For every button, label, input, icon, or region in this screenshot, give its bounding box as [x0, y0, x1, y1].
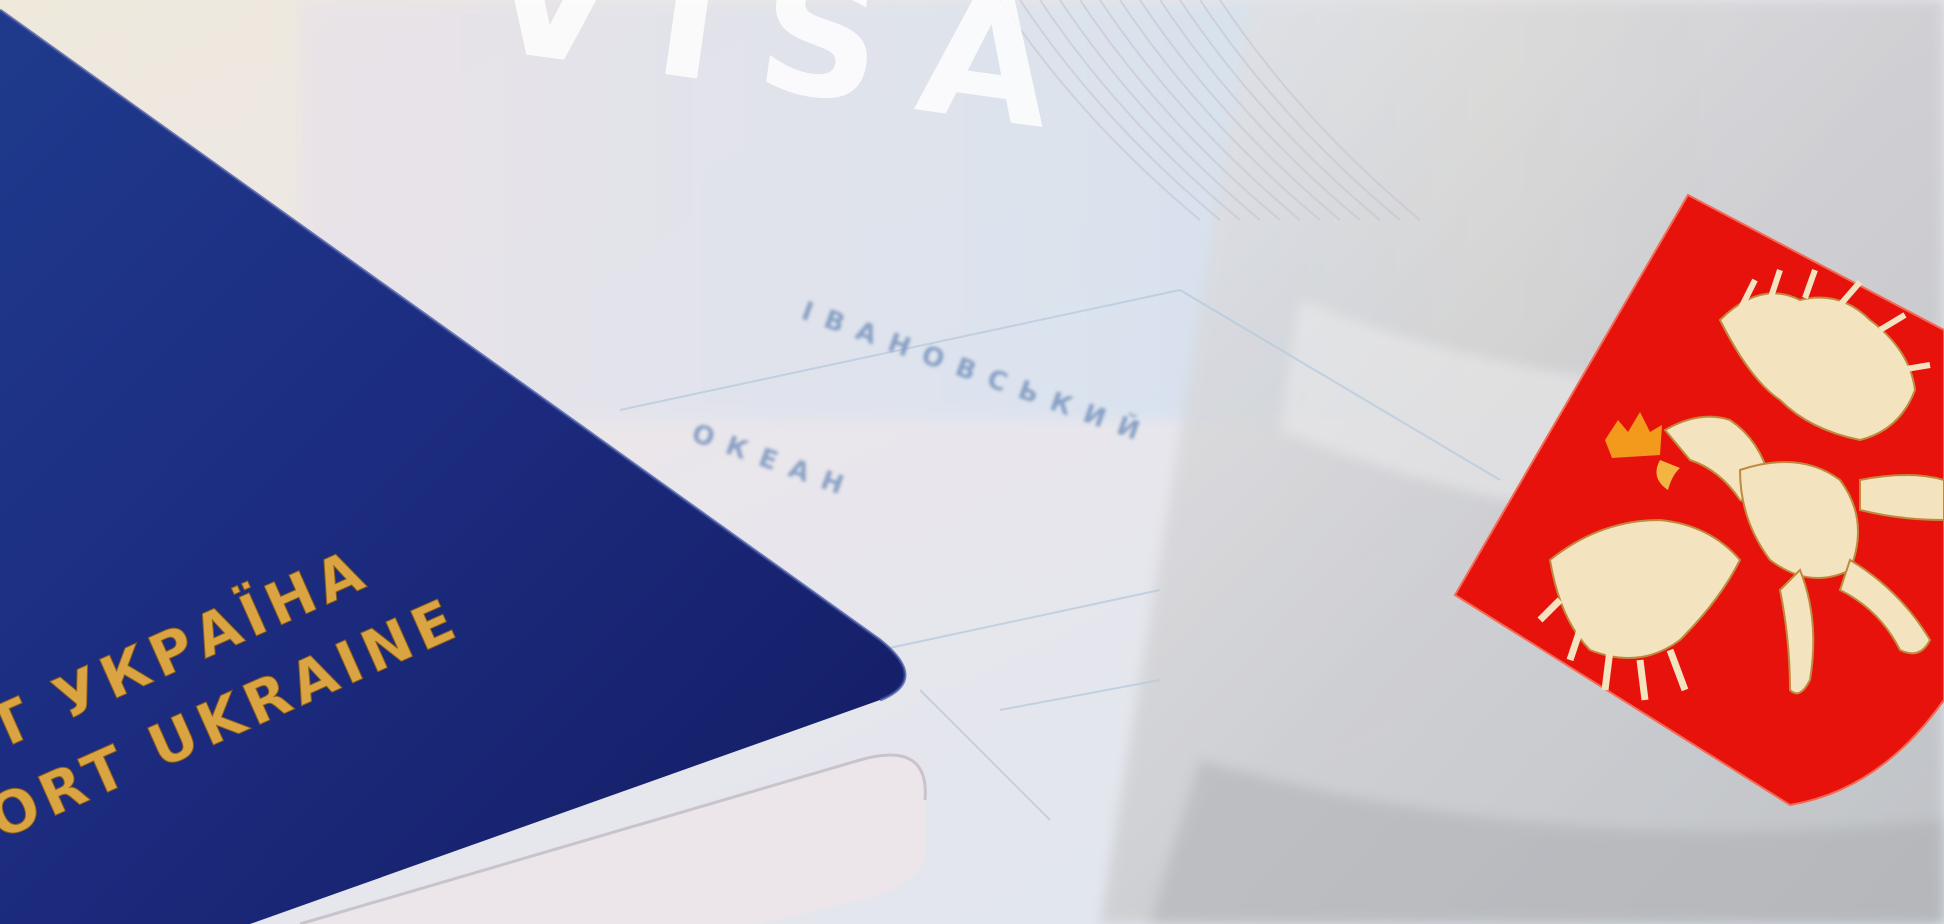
photo-scene: VISA ІВАНОВСЬКИЙ ОКЕАН Т УКРАЇНА ORT UKR…	[0, 0, 1944, 924]
scene-illustration: VISA ІВАНОВСЬКИЙ ОКЕАН Т УКРАЇНА ORT UKR…	[0, 0, 1944, 924]
